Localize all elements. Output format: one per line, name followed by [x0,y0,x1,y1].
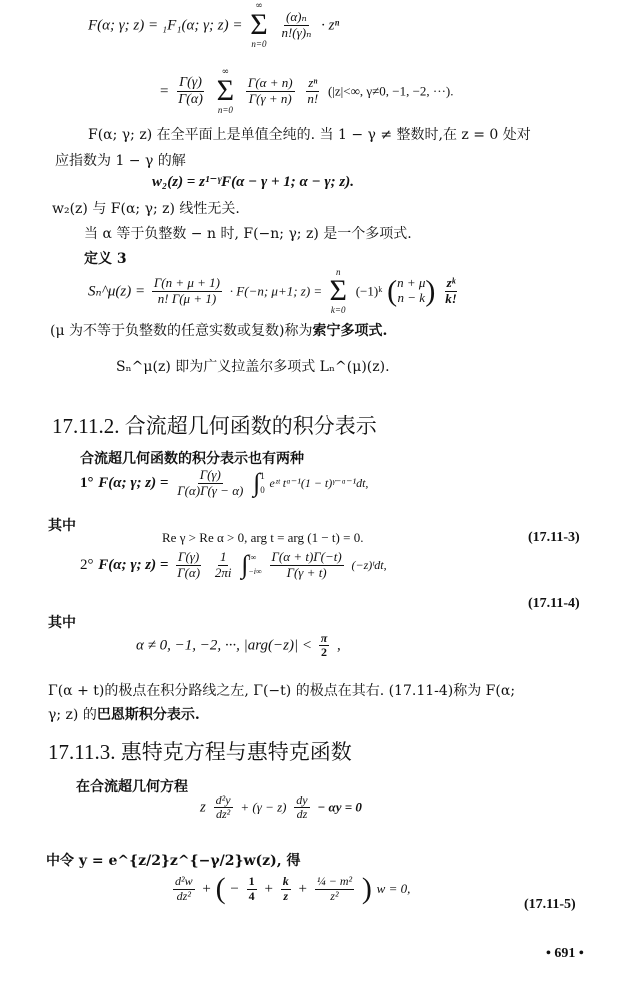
equation-confluent-series: F(α; γ; z) = ₁F₁(α; γ; z) = ∞ Σ n=0 (α)ₙ… [88,2,339,49]
where-label-2: 其中 [48,612,76,632]
term-barnes-integral: 巴恩斯积分表示. [97,707,200,723]
equation-whittaker: d²w dz² + ( − 1 4 + k z + ¼ − m² z² ) w … [170,872,410,906]
summation: n Σ k=0 [329,268,346,315]
paragraph-linear-independence: w₂(z) 与 F(α; γ; z) 线性无关. [52,198,240,218]
paragraph-poles: Γ(α + t)的极点在积分路线之左, Γ(−t) 的极点在其右. (17.11… [48,680,515,700]
paragraph-substitution: 中令 y = e^{z/2}z^{−γ/2}w(z), 得 [46,850,300,870]
paragraph-polynomial: 当 α 等于负整数 − n 时, F(−n; γ; z) 是一个多项式. [84,223,412,243]
definition-label: 定义 3 [84,248,127,268]
fraction-pochhammer: (α)ₙ n!(γ)ₙ [279,10,313,40]
section-heading-whittaker: 17.11.3. 惠特克方程与惠特克函数 [48,736,352,766]
equation-gamma-series: = Γ(γ) Γ(α) ∞ Σ n=0 Γ(α + n) Γ(γ + n) zⁿ… [160,68,454,115]
integral-sign: ∫ [241,550,248,579]
equation-number-17-11-5: (17.11-5) [524,897,576,913]
equation-barnes-integral: 2° F(α; γ; z) = Γ(γ) Γ(α) 1 2πi ∫i∞−i∞ Γ… [80,550,387,580]
paragraph-barnes-name: γ; z) 的巴恩斯积分表示. [48,704,200,724]
paragraph-entire-function-cont: 应指数为 1 − γ 的解 [55,150,186,170]
eq1-lhs: F(α; γ; z) = ₁F₁(α; γ; z) = [88,17,246,33]
paragraph-entire-function: F(α; γ; z) 在全平面上是单值全纯的. 当 1 − γ ≠ 整数时,在 … [88,124,531,144]
condition: (|z|<∞, γ≠0, −1, −2, ···). [328,83,454,98]
binomial-coefficient: n + μn − k [397,276,425,306]
condition-barnes-integral: α ≠ 0, −1, −2, ···, |arg(−z)| < π 2 , [136,632,341,659]
page-number: • 691 • [546,946,584,962]
equation-number-17-11-3: (17.11-3) [528,530,580,546]
summation: ∞ Σ n=0 [217,68,234,115]
where-label-1: 其中 [48,515,76,535]
paragraph-laguerre: Sₙ^μ(z) 即为广义拉盖尔多项式 Lₙ^(μ)(z). [116,356,390,376]
equation-euler-integral: 1° F(α; γ; z) = Γ(γ) Γ(α)Γ(γ − α) ∫10 eᶻ… [80,468,368,498]
term-sonine-polynomial: 索宁多项式. [312,323,387,339]
equation-confluent-ode: z d²y dz² + (γ − z) dy dz − αy = 0 [200,794,362,821]
integral-sign: ∫ [253,468,260,497]
paragraph-sonine-definition: (μ 为不等于负整数的任意实数或复数)称为索宁多项式. [50,320,387,340]
summation: ∞ Σ n=0 [250,2,267,49]
equation-second-solution: w₂(z) = z¹⁻ᵞF(α − γ + 1; α − γ; z). [152,172,354,191]
condition-euler-integral: Re γ > Re α > 0, arg t = arg (1 − t) = 0… [162,530,363,546]
section2-intro: 合流超几何函数的积分表示也有两种 [80,448,304,468]
equation-sonine-polynomial: Sₙ^μ(z) = Γ(n + μ + 1) n! Γ(μ + 1) · F(−… [88,268,462,315]
section3-intro: 在合流超几何方程 [76,776,188,796]
equation-number-17-11-4: (17.11-4) [528,596,580,612]
section-heading-integral-representation: 17.11.2. 合流超几何函数的积分表示 [52,410,377,440]
